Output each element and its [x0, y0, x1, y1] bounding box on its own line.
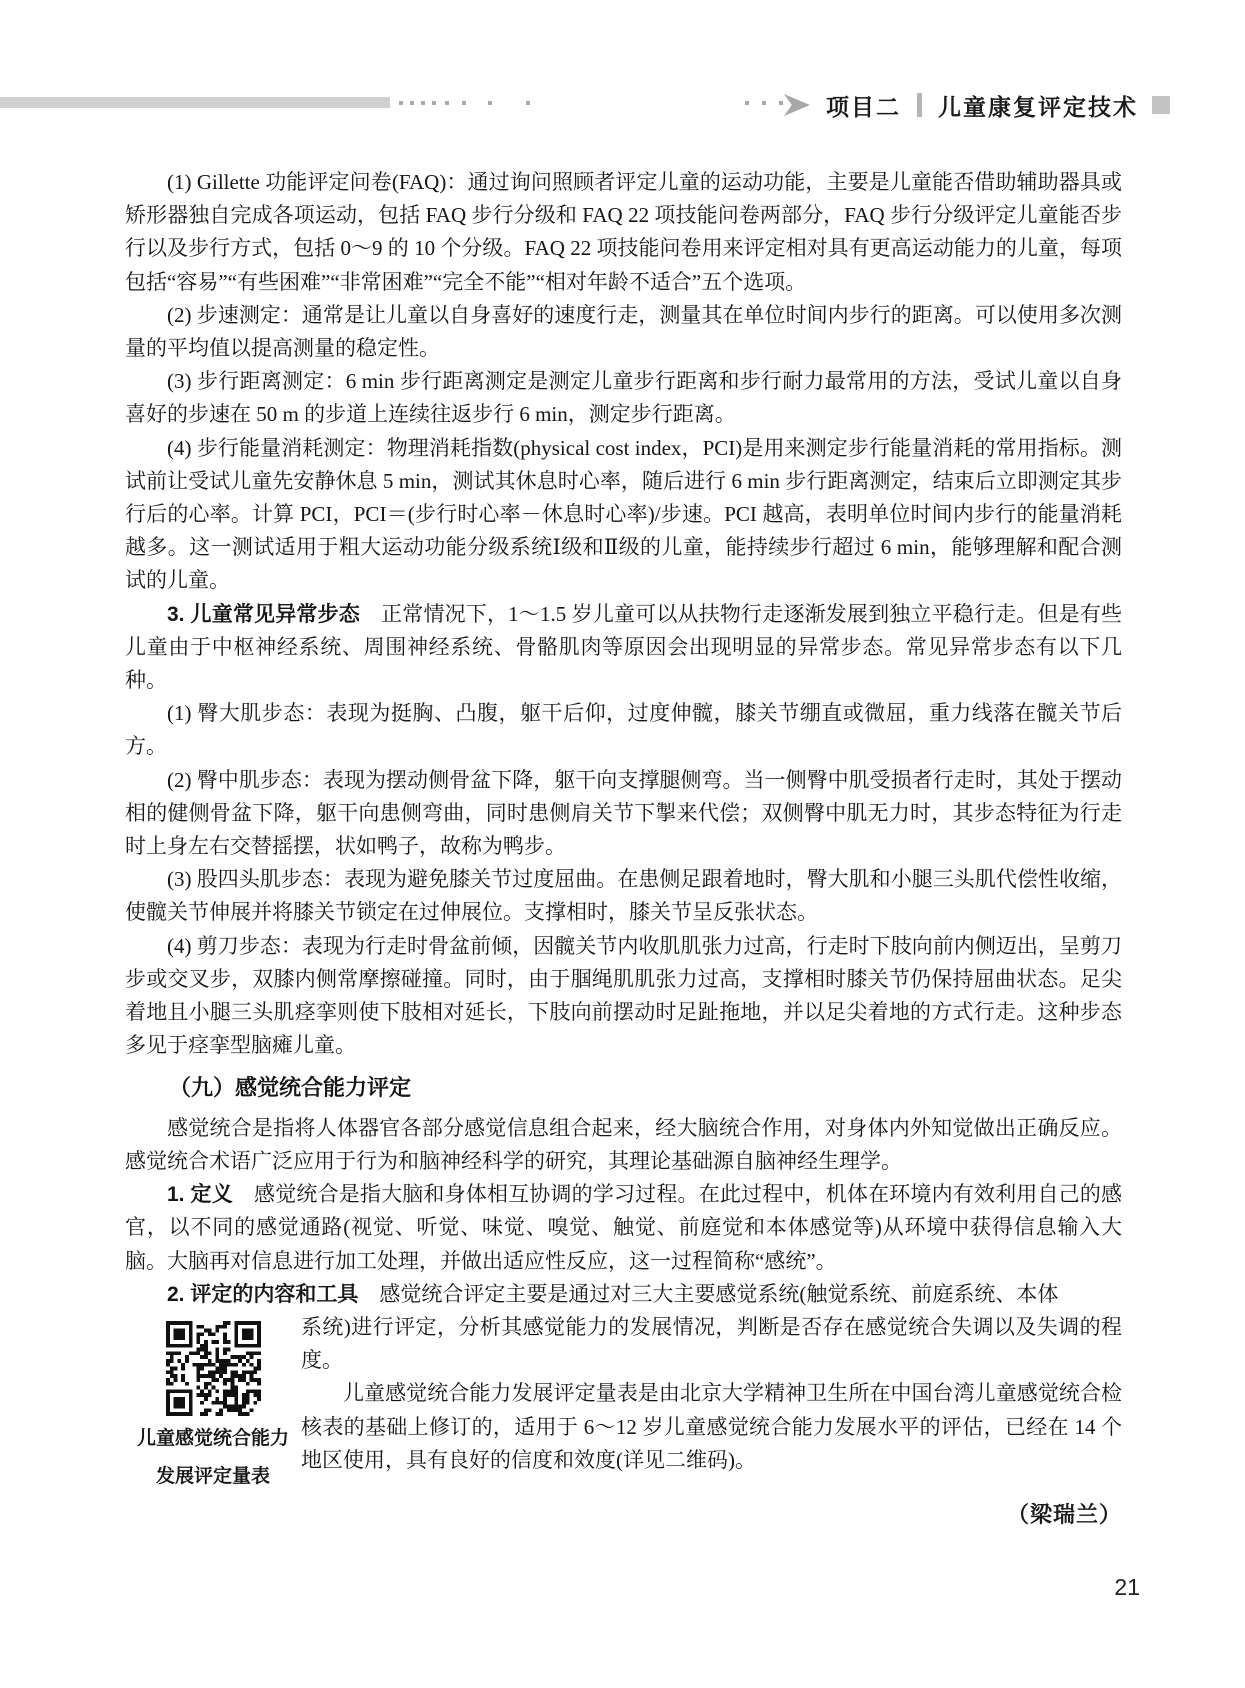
paragraph-energy-cost: (4) 步行能量消耗测定：物理消耗指数(physical cost index，…	[125, 432, 1122, 598]
paragraph-definition: 1. 定义 感觉统合是指大脑和身体相互协调的学习过程。在此过程中，机体在环境内有…	[125, 1178, 1122, 1278]
paragraph-quadriceps: (3) 股四头肌步态：表现为避免膝关节过度屈曲。在患侧足跟着地时，臀大肌和小腿三…	[125, 863, 1122, 929]
qr-code-image	[166, 1321, 261, 1416]
qr-code	[166, 1321, 261, 1416]
paragraph-text: (2) 步速测定：通常是让儿童以自身喜好的速度行走，测量其在单位时间内步行的距离…	[125, 303, 1122, 360]
paragraph-text: (3) 股四头肌步态：表现为避免膝关节过度屈曲。在患侧足跟着地时，臀大肌和小腿三…	[125, 867, 1122, 924]
chapter-title: 儿童康复评定技术	[938, 89, 1138, 122]
paragraph-gluteus-maximus: (1) 臀大肌步态：表现为挺胸、凸腹，躯干后仰，过度伸髋，膝关节绷直或微屈，重力…	[125, 697, 1122, 763]
page-header: 项目二 儿童康复评定技术	[0, 88, 1245, 122]
chevron-right-icon	[784, 94, 810, 116]
paragraph-text: (4) 剪刀步态：表现为行走时骨盆前倾，因髋关节内收肌肌张力过高，行走时下肢向前…	[125, 934, 1122, 1058]
qr-caption-line1: 儿童感觉统合能力	[125, 1420, 301, 1458]
qr-section: 儿童感觉统合能力 发展评定量表 系统)进行评定，分析其感觉能力的发展情况，判断是…	[125, 1311, 1122, 1496]
header-dots-left	[399, 101, 530, 105]
paragraph-text: (3) 步行距离测定：6 min 步行距离测定是测定儿童步行距离和步行耐力最常用…	[125, 369, 1122, 426]
header-running-title: 项目二 儿童康复评定技术	[784, 88, 1170, 122]
paragraph-assessment-tools: 2. 评定的内容和工具 感觉统合评定主要是通过对三大主要感觉系统(触觉系统、前庭…	[125, 1278, 1122, 1311]
paragraph-continuation: 系统)进行评定，分析其感觉能力的发展情况，判断是否存在感觉统合失调以及失调的程度…	[301, 1311, 1122, 1377]
header-divider	[917, 93, 922, 117]
paragraph-sensory-intro: 感觉统合是指将人体器官各部分感觉信息组合起来，经大脑统合作用，对身体内外知觉做出…	[125, 1112, 1122, 1178]
paragraph-text: 感觉统合评定主要是通过对三大主要感觉系统(触觉系统、前庭系统、本体	[358, 1282, 1058, 1306]
paragraph-faq: (1) Gillette 功能评定问卷(FAQ)：通过询问照顾者评定儿童的运动功…	[125, 166, 1122, 299]
paragraph-text: 感觉统合是指大脑和身体相互协调的学习过程。在此过程中，机体在环境内有效利用自己的…	[125, 1182, 1122, 1272]
qr-wrapped-text: 系统)进行评定，分析其感觉能力的发展情况，判断是否存在感觉统合失调以及失调的程度…	[301, 1311, 1122, 1477]
paragraph-lead: 2. 评定的内容和工具	[167, 1283, 358, 1306]
qr-caption: 儿童感觉统合能力 发展评定量表	[125, 1420, 301, 1496]
paragraph-text: 感觉统合是指将人体器官各部分感觉信息组合起来，经大脑统合作用，对身体内外知觉做出…	[125, 1116, 1122, 1173]
paragraph-text: (2) 臀中肌步态：表现为摆动侧骨盆下降，躯干向支撑腿侧弯。当一侧臀中肌受损者行…	[125, 768, 1122, 858]
paragraph-gluteus-medius: (2) 臀中肌步态：表现为摆动侧骨盆下降，躯干向支撑腿侧弯。当一侧臀中肌受损者行…	[125, 764, 1122, 864]
page-number: 21	[1114, 1574, 1140, 1601]
paragraph-text: (4) 步行能量消耗测定：物理消耗指数(physical cost index，…	[125, 436, 1122, 593]
paragraph-walk-distance: (3) 步行距离测定：6 min 步行距离测定是测定儿童步行距离和步行耐力最常用…	[125, 365, 1122, 431]
paragraph-gait-speed: (2) 步速测定：通常是让儿童以自身喜好的速度行走，测量其在单位时间内步行的距离…	[125, 299, 1122, 365]
paragraph-scissor-gait: (4) 剪刀步态：表现为行走时骨盆前倾，因髋关节内收肌肌张力过高，行走时下肢向前…	[125, 930, 1122, 1063]
paragraph-lead: 3. 儿童常见异常步态	[167, 603, 360, 626]
header-accent-bar	[0, 97, 390, 108]
author-signature: （梁瑞兰）	[1007, 1498, 1122, 1529]
qr-column: 儿童感觉统合能力 发展评定量表	[125, 1311, 301, 1496]
paragraph-text: (1) Gillette 功能评定问卷(FAQ)：通过询问照顾者评定儿童的运动功…	[125, 170, 1122, 294]
paragraph-text: (1) 臀大肌步态：表现为挺胸、凸腹，躯干后仰，过度伸髋，膝关节绷直或微屈，重力…	[125, 701, 1122, 758]
paragraph-lead: 1. 定义	[167, 1183, 233, 1206]
page-body: (1) Gillette 功能评定问卷(FAQ)：通过询问照顾者评定儿童的运动功…	[125, 166, 1122, 1496]
section-heading: （九）感觉统合能力评定	[125, 1071, 1122, 1104]
chapter-label: 项目二	[826, 89, 901, 122]
header-square-ornament	[1152, 96, 1170, 114]
qr-caption-line2: 发展评定量表	[125, 1458, 301, 1496]
paragraph-scale-description: 儿童感觉统合能力发展评定量表是由北京大学精神卫生所在中国台湾儿童感觉统合检核表的…	[301, 1377, 1122, 1477]
paragraph-text: 儿童感觉统合能力发展评定量表是由北京大学精神卫生所在中国台湾儿童感觉统合检核表的…	[301, 1381, 1122, 1471]
paragraph-text: 系统)进行评定，分析其感觉能力的发展情况，判断是否存在感觉统合失调以及失调的程度…	[301, 1315, 1122, 1372]
paragraph-abnormal-gait: 3. 儿童常见异常步态 正常情况下，1～1.5 岁儿童可以从扶物行走逐渐发展到独…	[125, 598, 1122, 698]
